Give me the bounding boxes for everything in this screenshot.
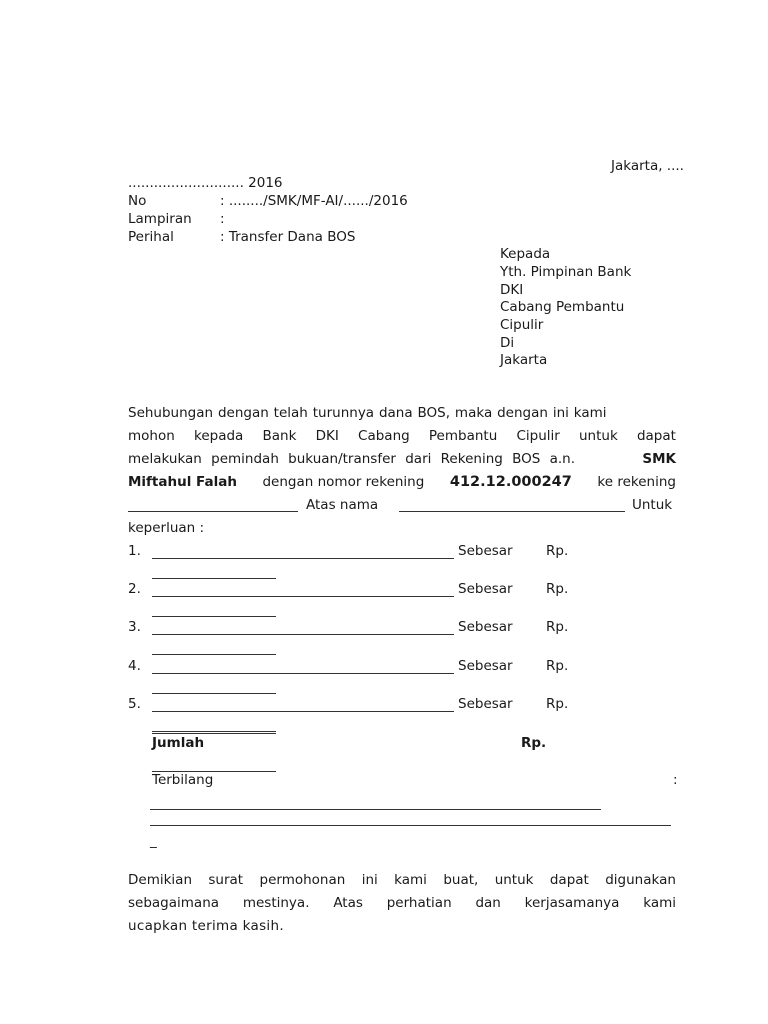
field-label-perihal: Perihal bbox=[128, 228, 174, 246]
school-name-part: Miftahul Falah bbox=[128, 473, 237, 491]
item-amount-blank[interactable] bbox=[152, 616, 276, 617]
item-rp-label: Rp. bbox=[546, 542, 568, 560]
closing-line: Demikian surat permohonan ini kami buat,… bbox=[128, 871, 676, 889]
field-value-lampiran: : bbox=[220, 210, 225, 228]
item-rp-label: Rp. bbox=[546, 695, 568, 713]
recipient-line: Di bbox=[500, 334, 514, 352]
item-sebesar-label: Sebesar bbox=[458, 657, 513, 675]
word: perhatian bbox=[387, 894, 452, 912]
word: Demikian bbox=[128, 871, 192, 889]
recipient-line: Cipulir bbox=[500, 316, 543, 334]
item-rp-label: Rp. bbox=[546, 580, 568, 598]
word: mohon bbox=[128, 427, 175, 445]
date-line: ........................... 2016 bbox=[128, 174, 283, 192]
word: kepada bbox=[194, 427, 243, 445]
word: mestinya. bbox=[243, 894, 310, 912]
recipient-line: Jakarta bbox=[500, 351, 547, 369]
word: dapat bbox=[637, 427, 676, 445]
word: Pembantu bbox=[429, 427, 497, 445]
word: surat bbox=[208, 871, 243, 889]
item-number: 1. bbox=[128, 542, 141, 560]
item-sebesar-label: Sebesar bbox=[458, 695, 513, 713]
word: untuk bbox=[579, 427, 618, 445]
field-value-perihal: : Transfer Dana BOS bbox=[220, 228, 355, 246]
item-amount-blank[interactable] bbox=[152, 731, 276, 732]
jumlah-label: Jumlah bbox=[152, 734, 204, 752]
recipient-line: Yth. Pimpinan Bank bbox=[500, 263, 631, 281]
item-rp-label: Rp. bbox=[546, 618, 568, 636]
place-date: Jakarta, .... bbox=[611, 157, 684, 175]
body-paragraph-line: Sehubungan dengan telah turunnya dana BO… bbox=[128, 404, 607, 422]
item-description-blank[interactable] bbox=[152, 673, 454, 674]
blank-terbilang-2[interactable] bbox=[150, 825, 671, 826]
word: Cipulir bbox=[516, 427, 559, 445]
terbilang-label: Terbilang bbox=[152, 771, 213, 789]
field-label-no: No bbox=[128, 192, 146, 210]
closing-line: ucapkan terima kasih. bbox=[128, 917, 284, 935]
text: melakukan pemindah bukuan/transfer dari … bbox=[128, 450, 575, 468]
item-number: 4. bbox=[128, 657, 141, 675]
word: Bank bbox=[263, 427, 297, 445]
item-sebesar-label: Sebesar bbox=[458, 542, 513, 560]
item-number: 3. bbox=[128, 618, 141, 636]
word: kerjasamanya bbox=[525, 894, 620, 912]
word: ini bbox=[362, 871, 378, 889]
item-amount-blank[interactable] bbox=[152, 693, 276, 694]
word: buat, bbox=[443, 871, 478, 889]
body-paragraph-line: Miftahul Falah dengan nomor rekening 412… bbox=[128, 473, 676, 491]
item-amount-blank[interactable] bbox=[152, 654, 276, 655]
word: Cabang bbox=[358, 427, 410, 445]
atas-nama-label: Atas nama bbox=[306, 496, 378, 514]
untuk-label: Untuk bbox=[632, 496, 672, 514]
word: kami bbox=[643, 894, 676, 912]
body-paragraph-line: melakukan pemindah bukuan/transfer dari … bbox=[128, 450, 676, 468]
text: dengan nomor rekening bbox=[262, 473, 424, 491]
item-sebesar-label: Sebesar bbox=[458, 580, 513, 598]
word: DKI bbox=[316, 427, 339, 445]
body-paragraph-line: mohon kepada Bank DKI Cabang Pembantu Ci… bbox=[128, 427, 676, 445]
blank-target-account[interactable] bbox=[128, 511, 298, 512]
word: Atas bbox=[333, 894, 363, 912]
terbilang-colon: : bbox=[673, 771, 678, 789]
item-description-blank[interactable] bbox=[152, 596, 454, 597]
item-rp-label: Rp. bbox=[546, 657, 568, 675]
blank-terbilang-1[interactable] bbox=[150, 809, 601, 810]
word: untuk bbox=[495, 871, 534, 889]
item-sebesar-label: Sebesar bbox=[458, 618, 513, 636]
item-description-blank[interactable] bbox=[152, 711, 454, 712]
field-label-lampiran: Lampiran bbox=[128, 210, 192, 228]
word: kami bbox=[394, 871, 427, 889]
word: dapat bbox=[550, 871, 589, 889]
recipient-line: Cabang Pembantu bbox=[500, 298, 624, 316]
recipient-line: DKI bbox=[500, 281, 523, 299]
jumlah-rp: Rp. bbox=[521, 734, 546, 752]
field-value-no: : ......../SMK/MF-AI/....../2016 bbox=[220, 192, 408, 210]
item-description-blank[interactable] bbox=[152, 558, 454, 559]
word: dan bbox=[475, 894, 500, 912]
word: digunakan bbox=[605, 871, 676, 889]
word: sebagaimana bbox=[128, 894, 219, 912]
item-description-blank[interactable] bbox=[152, 634, 454, 635]
blank-account-holder[interactable] bbox=[399, 511, 625, 512]
text: ke rekening bbox=[597, 473, 676, 491]
closing-line: sebagaimana mestinya. Atas perhatian dan… bbox=[128, 894, 676, 912]
keperluan-label: keperluan : bbox=[128, 519, 204, 537]
terbilang-tail: _ bbox=[150, 832, 157, 850]
word: permohonan bbox=[260, 871, 346, 889]
recipient-line: Kepada bbox=[500, 245, 550, 263]
item-number: 2. bbox=[128, 580, 141, 598]
school-name-part: SMK bbox=[642, 450, 676, 468]
account-number: 412.12.000247 bbox=[450, 473, 572, 491]
item-number: 5. bbox=[128, 695, 141, 713]
item-amount-blank[interactable] bbox=[152, 578, 276, 579]
